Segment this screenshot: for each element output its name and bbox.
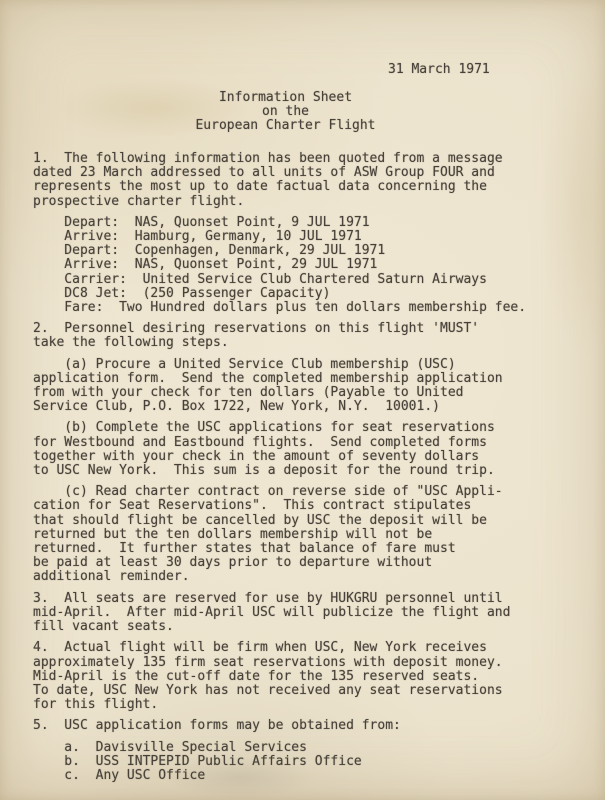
text-line: cation for Seat Reservations". This cont… [33, 499, 593, 513]
document-body: 1. The following information has been qu… [33, 152, 593, 790]
text-line: Carrier: United Service Club Chartered S… [33, 273, 593, 287]
document-date: 31 March 1971 [388, 63, 490, 77]
text-line: Arrive: NAS, Quonset Point, 29 JUL 1971 [33, 258, 593, 272]
text-line: approximately 135 firm seat reservations… [33, 656, 593, 670]
text-line: b. USS INTPEPID Public Affairs Office [33, 755, 593, 769]
text-line: Mid-April is the cut-off date for the 13… [33, 670, 593, 684]
paragraph-block: 5. USC application forms may be obtained… [33, 719, 593, 733]
paragraph-block: a. Davisville Special Services b. USS IN… [33, 741, 593, 784]
text-line: Fare: Two Hundred dollars plus ten dolla… [33, 301, 593, 315]
paragraph-block: (b) Complete the USC applications for se… [33, 421, 593, 478]
text-line: that should flight be cancelled by USC t… [33, 514, 593, 528]
document-title: Information Sheeton theEuropean Charter … [33, 91, 538, 134]
text-line: to USC New York. This sum is a deposit f… [33, 464, 593, 478]
text-line: represents the most up to date factual d… [33, 180, 593, 194]
text-line: for this flight. [33, 698, 593, 712]
text-line: c. Any USC Office [33, 769, 593, 783]
text-line: fill vacant seats. [33, 620, 593, 634]
text-line: additional reminder. [33, 570, 593, 584]
text-line: (a) Procure a United Service Club member… [33, 358, 593, 372]
text-line: take the following steps. [33, 336, 593, 350]
paragraph-block: 1. The following information has been qu… [33, 152, 593, 209]
text-line: 5. USC application forms may be obtained… [33, 719, 593, 733]
text-line: Depart: NAS, Quonset Point, 9 JUL 1971 [33, 216, 593, 230]
scanned-document-page: 31 March 1971 Information Sheeton theEur… [0, 0, 605, 800]
text-line: To date, USC New York has not received a… [33, 684, 593, 698]
text-line: DC8 Jet: (250 Passenger Capacity) [33, 287, 593, 301]
text-line: for Westbound and Eastbound flights. Sen… [33, 436, 593, 450]
text-line: together with your check in the amount o… [33, 450, 593, 464]
paragraph-block: 2. Personnel desiring reservations on th… [33, 322, 593, 350]
text-line: mid-April. After mid-April USC will publ… [33, 606, 593, 620]
text-line: prospective charter flight. [33, 195, 593, 209]
paragraph-block: Depart: NAS, Quonset Point, 9 JUL 1971 A… [33, 216, 593, 315]
title-line: European Charter Flight [33, 119, 538, 133]
text-line: returned but the ten dollars membership … [33, 528, 593, 542]
text-line: application form. Send the completed mem… [33, 372, 593, 386]
text-line: 3. All seats are reserved for use by HUK… [33, 592, 593, 606]
paragraph-block: 4. Actual flight will be firm when USC, … [33, 641, 593, 712]
paragraph-block: (c) Read charter contract on reverse sid… [33, 485, 593, 584]
text-line: a. Davisville Special Services [33, 741, 593, 755]
paragraph-block: 3. All seats are reserved for use by HUK… [33, 592, 593, 635]
text-line: Service Club, P.O. Box 1722, New York, N… [33, 400, 593, 414]
text-line: (b) Complete the USC applications for se… [33, 421, 593, 435]
paragraph-block: (a) Procure a United Service Club member… [33, 358, 593, 415]
text-line: 4. Actual flight will be firm when USC, … [33, 641, 593, 655]
